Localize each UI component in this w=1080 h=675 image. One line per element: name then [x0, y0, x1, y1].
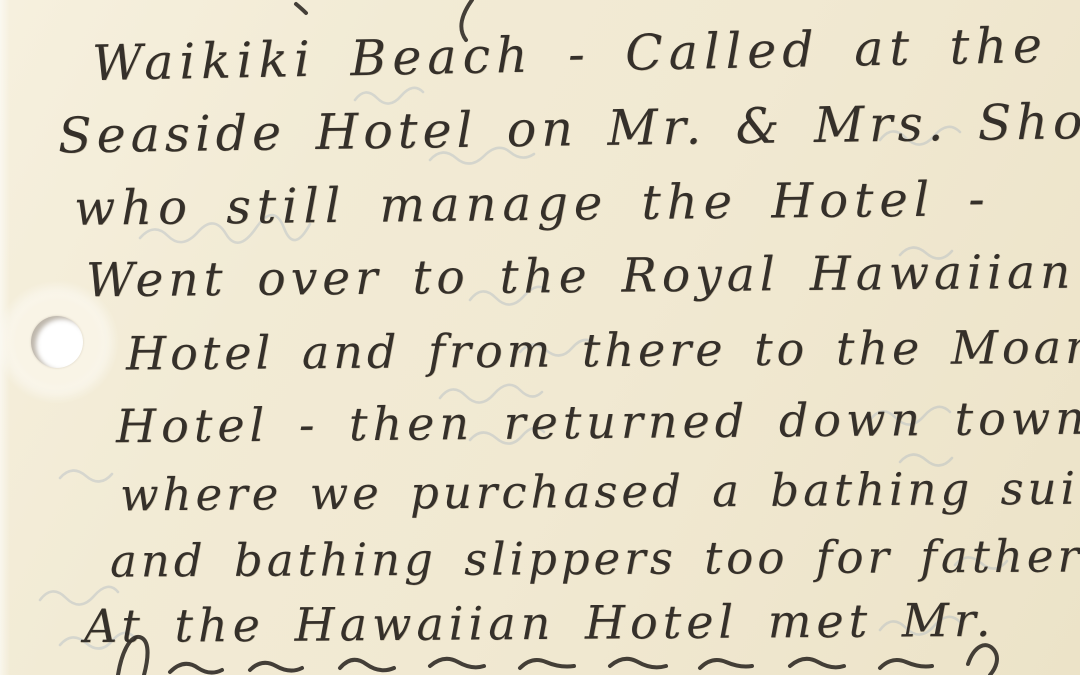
handwriting-line-5: Hotel and from there to the Moana	[126, 319, 1080, 380]
handwriting-line-8: and bathing slippers too for father.	[110, 529, 1080, 587]
punch-hole	[31, 316, 83, 368]
clipped-stroke-bottom	[250, 663, 302, 671]
handwriting-line-1: Waikiki Beach - Called at the	[92, 17, 1049, 92]
clipped-stroke-bottom	[880, 660, 932, 668]
clipped-stroke-bottom	[430, 659, 484, 668]
diary-page-scan: Waikiki Beach - Called at the Seaside Ho…	[0, 0, 1080, 675]
clipped-stroke-top-small	[296, 4, 306, 13]
clipped-stroke-bottom	[170, 664, 222, 673]
clipped-stroke-bottom	[520, 660, 574, 668]
clipped-stroke-bottom	[700, 660, 752, 668]
clipped-stroke-bottom	[790, 659, 844, 668]
handwriting-line-3: who still manage the Hotel -	[74, 171, 991, 237]
clipped-stroke-bottom	[340, 660, 394, 670]
handwriting-line-9: At the Hawaiian Hotel met Mr.	[84, 593, 996, 653]
handwriting-line-6: Hotel - then returned down town	[116, 391, 1080, 453]
clipped-stroke-bottom	[610, 659, 666, 668]
clipped-stroke-bottom-loop	[968, 645, 997, 675]
handwriting-line-7: where we purchased a bathing suit	[120, 462, 1080, 522]
handwriting-line-2: Seaside Hotel on Mr. & Mrs. Short	[58, 92, 1080, 164]
handwriting-line-4: Went over to the Royal Hawaiian	[86, 245, 1076, 309]
